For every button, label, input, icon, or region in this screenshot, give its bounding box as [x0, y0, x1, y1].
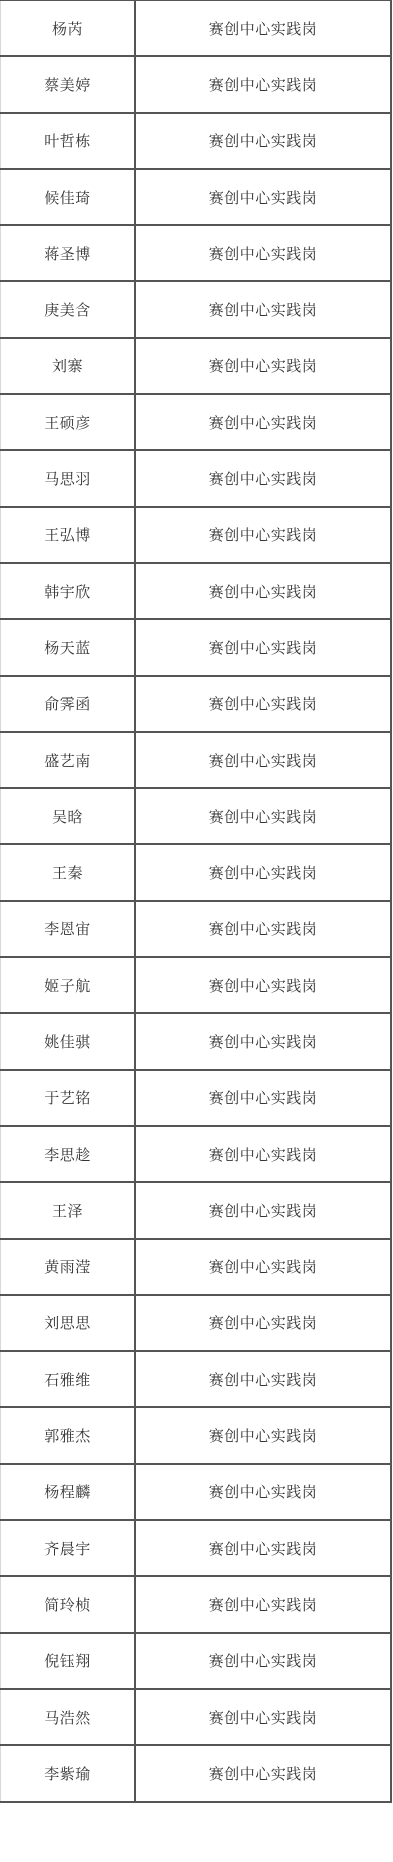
table-row: 王秦赛创中心实践岗: [1, 844, 392, 900]
table-row: 马浩然赛创中心实践岗: [1, 1689, 392, 1745]
name-cell: 刘思思: [1, 1295, 136, 1351]
post-cell: 赛创中心实践岗: [135, 563, 391, 619]
post-cell: 赛创中心实践岗: [135, 225, 391, 281]
name-cell: 齐晨宇: [1, 1520, 136, 1576]
post-cell: 赛创中心实践岗: [135, 1126, 391, 1182]
post-cell: 赛创中心实践岗: [135, 1520, 391, 1576]
post-cell: 赛创中心实践岗: [135, 957, 391, 1013]
name-cell: 庚美含: [1, 281, 136, 337]
name-cell: 石雅维: [1, 1351, 136, 1407]
name-cell: 于艺铭: [1, 1070, 136, 1126]
post-cell: 赛创中心实践岗: [135, 901, 391, 957]
name-cell: 李恩宙: [1, 901, 136, 957]
name-cell: 蒋圣博: [1, 225, 136, 281]
name-cell: 马浩然: [1, 1689, 136, 1745]
post-cell: 赛创中心实践岗: [135, 507, 391, 563]
post-cell: 赛创中心实践岗: [135, 1239, 391, 1295]
name-cell: 王泽: [1, 1182, 136, 1238]
name-cell: 杨天蓝: [1, 619, 136, 675]
name-cell: 叶哲栋: [1, 113, 136, 169]
post-cell: 赛创中心实践岗: [135, 788, 391, 844]
table-row: 郭雅杰赛创中心实践岗: [1, 1407, 392, 1463]
post-cell: 赛创中心实践岗: [135, 0, 391, 56]
table-row: 姬子航赛创中心实践岗: [1, 957, 392, 1013]
post-cell: 赛创中心实践岗: [135, 450, 391, 506]
post-cell: 赛创中心实践岗: [135, 1295, 391, 1351]
table-row: 王弘博赛创中心实践岗: [1, 507, 392, 563]
post-cell: 赛创中心实践岗: [135, 1407, 391, 1463]
name-cell: 韩宇欣: [1, 563, 136, 619]
table-row: 杨天蓝赛创中心实践岗: [1, 619, 392, 675]
table-row: 候佳琦赛创中心实践岗: [1, 169, 392, 225]
table-row: 倪钰翔赛创中心实践岗: [1, 1633, 392, 1689]
post-cell: 赛创中心实践岗: [135, 1576, 391, 1632]
roster-table-body: 杨芮赛创中心实践岗蔡美婷赛创中心实践岗叶哲栋赛创中心实践岗候佳琦赛创中心实践岗蒋…: [1, 0, 392, 1802]
table-row: 李恩宙赛创中心实践岗: [1, 901, 392, 957]
post-cell: 赛创中心实践岗: [135, 169, 391, 225]
name-cell: 候佳琦: [1, 169, 136, 225]
table-row: 于艺铭赛创中心实践岗: [1, 1070, 392, 1126]
name-cell: 姬子航: [1, 957, 136, 1013]
name-cell: 刘寨: [1, 338, 136, 394]
table-row: 盛艺南赛创中心实践岗: [1, 732, 392, 788]
post-cell: 赛创中心实践岗: [135, 732, 391, 788]
name-cell: 王硕彦: [1, 394, 136, 450]
table-row: 姚佳骐赛创中心实践岗: [1, 1013, 392, 1069]
table-row: 王硕彦赛创中心实践岗: [1, 394, 392, 450]
table-row: 李紫瑜赛创中心实践岗: [1, 1745, 392, 1801]
post-cell: 赛创中心实践岗: [135, 1182, 391, 1238]
table-row: 蒋圣博赛创中心实践岗: [1, 225, 392, 281]
name-cell: 吴晗: [1, 788, 136, 844]
name-cell: 姚佳骐: [1, 1013, 136, 1069]
name-cell: 蔡美婷: [1, 56, 136, 112]
name-cell: 杨程麟: [1, 1464, 136, 1520]
post-cell: 赛创中心实践岗: [135, 1351, 391, 1407]
roster-table: 杨芮赛创中心实践岗蔡美婷赛创中心实践岗叶哲栋赛创中心实践岗候佳琦赛创中心实践岗蒋…: [0, 0, 392, 1803]
name-cell: 李紫瑜: [1, 1745, 136, 1801]
table-row: 刘寨赛创中心实践岗: [1, 338, 392, 394]
name-cell: 李思趁: [1, 1126, 136, 1182]
post-cell: 赛创中心实践岗: [135, 113, 391, 169]
post-cell: 赛创中心实践岗: [135, 844, 391, 900]
post-cell: 赛创中心实践岗: [135, 394, 391, 450]
table-row: 刘思思赛创中心实践岗: [1, 1295, 392, 1351]
table-row: 简玲桢赛创中心实践岗: [1, 1576, 392, 1632]
post-cell: 赛创中心实践岗: [135, 1464, 391, 1520]
name-cell: 郭雅杰: [1, 1407, 136, 1463]
post-cell: 赛创中心实践岗: [135, 1013, 391, 1069]
name-cell: 王秦: [1, 844, 136, 900]
name-cell: 倪钰翔: [1, 1633, 136, 1689]
post-cell: 赛创中心实践岗: [135, 1689, 391, 1745]
table-row: 蔡美婷赛创中心实践岗: [1, 56, 392, 112]
post-cell: 赛创中心实践岗: [135, 1633, 391, 1689]
post-cell: 赛创中心实践岗: [135, 56, 391, 112]
name-cell: 俞霁函: [1, 676, 136, 732]
post-cell: 赛创中心实践岗: [135, 676, 391, 732]
name-cell: 黄雨滢: [1, 1239, 136, 1295]
table-row: 吴晗赛创中心实践岗: [1, 788, 392, 844]
post-cell: 赛创中心实践岗: [135, 619, 391, 675]
name-cell: 王弘博: [1, 507, 136, 563]
post-cell: 赛创中心实践岗: [135, 1070, 391, 1126]
table-row: 杨程麟赛创中心实践岗: [1, 1464, 392, 1520]
table-row: 马思羽赛创中心实践岗: [1, 450, 392, 506]
post-cell: 赛创中心实践岗: [135, 281, 391, 337]
post-cell: 赛创中心实践岗: [135, 1745, 391, 1801]
table-row: 杨芮赛创中心实践岗: [1, 0, 392, 56]
table-row: 李思趁赛创中心实践岗: [1, 1126, 392, 1182]
table-row: 石雅维赛创中心实践岗: [1, 1351, 392, 1407]
name-cell: 马思羽: [1, 450, 136, 506]
table-row: 俞霁函赛创中心实践岗: [1, 676, 392, 732]
table-row: 黄雨滢赛创中心实践岗: [1, 1239, 392, 1295]
table-row: 王泽赛创中心实践岗: [1, 1182, 392, 1238]
name-cell: 杨芮: [1, 0, 136, 56]
table-row: 韩宇欣赛创中心实践岗: [1, 563, 392, 619]
post-cell: 赛创中心实践岗: [135, 338, 391, 394]
name-cell: 简玲桢: [1, 1576, 136, 1632]
table-row: 庚美含赛创中心实践岗: [1, 281, 392, 337]
name-cell: 盛艺南: [1, 732, 136, 788]
table-row: 齐晨宇赛创中心实践岗: [1, 1520, 392, 1576]
table-row: 叶哲栋赛创中心实践岗: [1, 113, 392, 169]
